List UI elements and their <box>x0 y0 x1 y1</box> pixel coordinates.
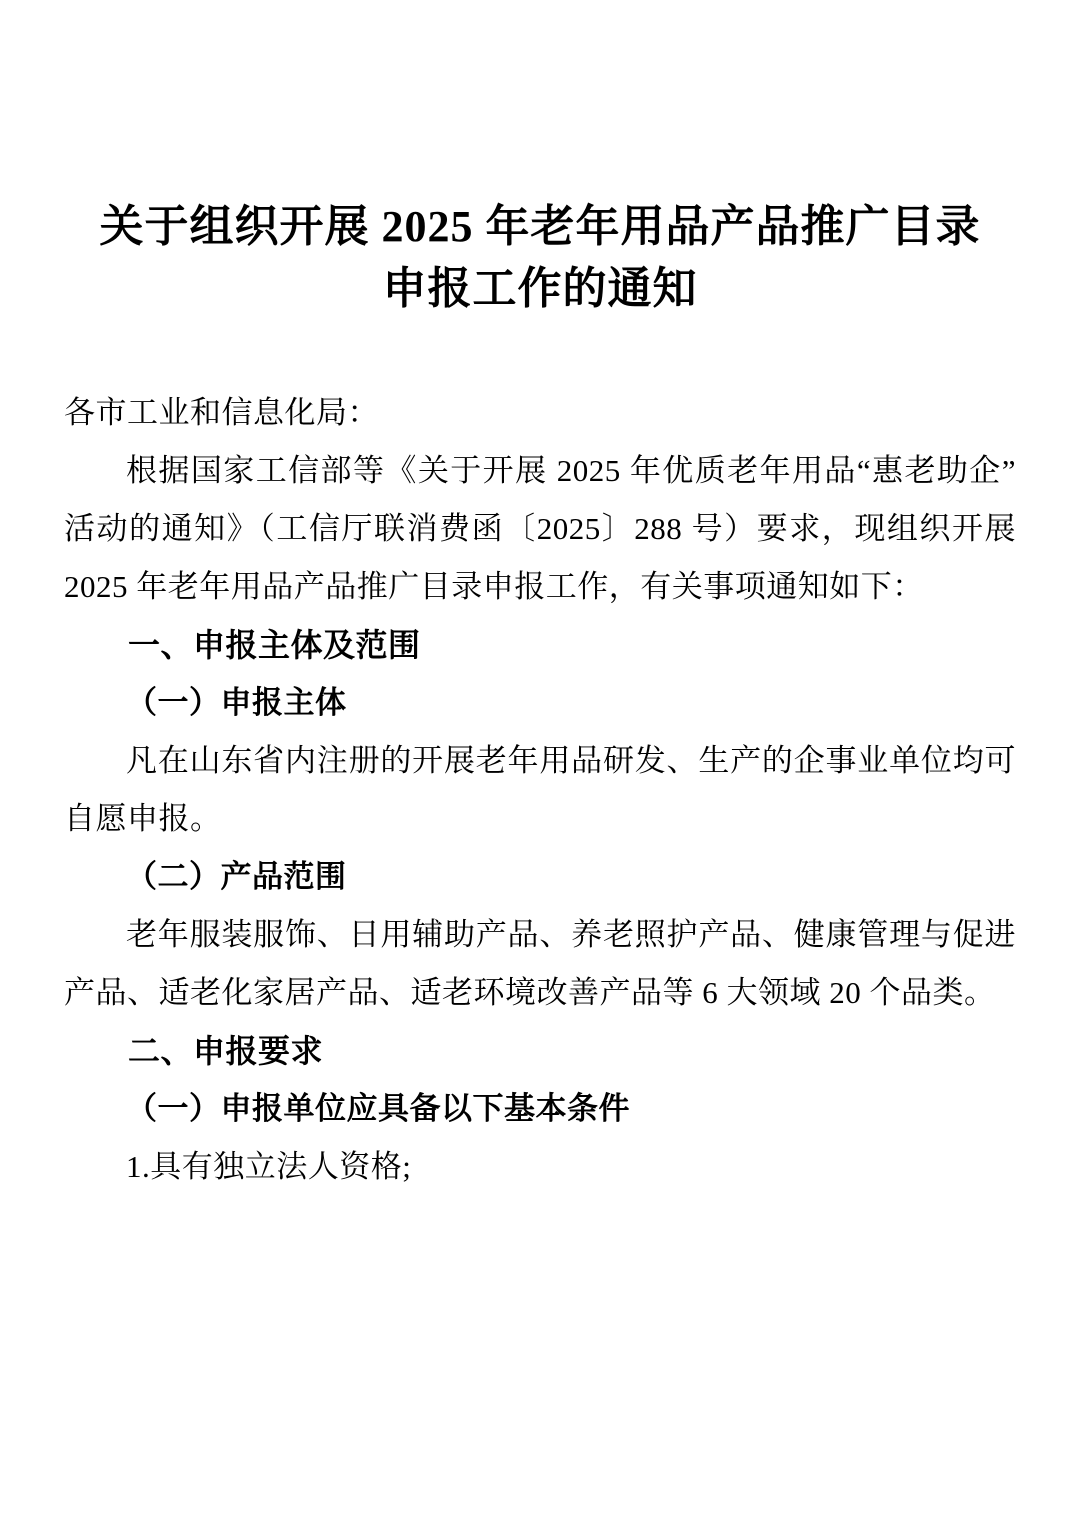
salutation: 各市工业和信息化局： <box>64 384 1016 442</box>
section-1-sub-1-body: 凡在山东省内注册的开展老年用品研发、生产的企事业单位均可自愿申报。 <box>64 732 1016 848</box>
document-title-line-1: 关于组织开展 2025 年老年用品产品推广目录 <box>100 202 981 251</box>
section-1-sub-1-heading: （一）申报主体 <box>64 674 1016 732</box>
section-2-sub-1-heading: （一）申报单位应具备以下基本条件 <box>64 1080 1016 1138</box>
section-1-heading: 一、申报主体及范围 <box>64 616 1016 674</box>
section-1-sub-2-heading: （二）产品范围 <box>64 848 1016 906</box>
section-2-item-1: 1.具有独立法人资格; <box>64 1138 1016 1196</box>
section-1-sub-2-body: 老年服装服饰、日用辅助产品、养老照护产品、健康管理与促进产品、适老化家居产品、适… <box>64 906 1016 1022</box>
document-title: 关于组织开展 2025 年老年用品产品推广目录 申报工作的通知 <box>64 196 1016 320</box>
document-title-line-2: 申报工作的通知 <box>383 264 698 313</box>
section-2-heading: 二、申报要求 <box>64 1022 1016 1080</box>
intro-paragraph: 根据国家工信部等《关于开展 2025 年优质老年用品“惠老助企”活动的通知》（工… <box>64 442 1016 616</box>
document-page: 关于组织开展 2025 年老年用品产品推广目录 申报工作的通知 各市工业和信息化… <box>0 0 1080 1528</box>
